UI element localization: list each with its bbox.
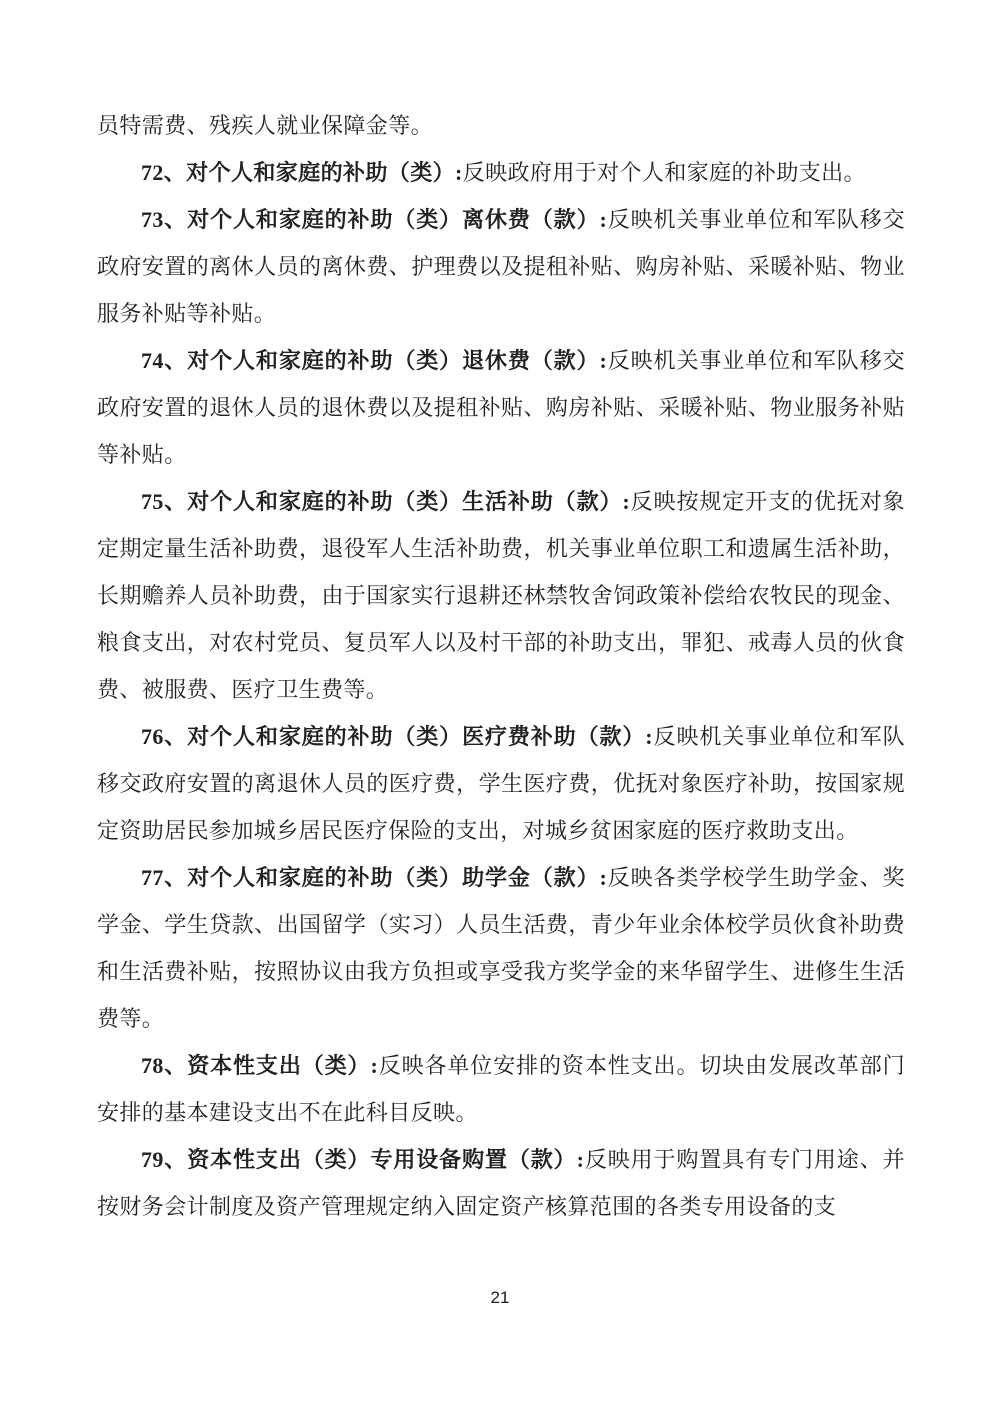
paragraph-item-79: 79、资本性支出（类）专用设备购置（款）:反映用于购置具有专门用途、并按财务会计…: [97, 1136, 905, 1230]
document-page: 员特需费、残疾人就业保障金等。 72、对个人和家庭的补助（类）:反映政府用于对个…: [0, 0, 1000, 1415]
paragraph-item-78: 78、资本性支出（类）:反映各单位安排的资本性支出。切块由发展改革部门安排的基本…: [97, 1042, 905, 1136]
paragraph-continuation: 员特需费、残疾人就业保障金等。: [97, 102, 905, 149]
term-definition: 反映按规定开支的优抚对象定期定量生活补助费，退役军人生活补助费，机关事业单位职工…: [97, 489, 905, 702]
term-label: 78、资本性支出（类）:: [141, 1053, 378, 1078]
term-label: 73、对个人和家庭的补助（类）离休费（款）:: [141, 207, 607, 232]
paragraph-item-74: 74、对个人和家庭的补助（类）退休费（款）:反映机关事业单位和军队移交政府安置的…: [97, 337, 905, 478]
term-definition: 反映政府用于对个人和家庭的补助支出。: [463, 160, 866, 185]
paragraph-item-76: 76、对个人和家庭的补助（类）医疗费补助（款）:反映机关事业单位和军队移交政府安…: [97, 713, 905, 854]
page-number: 21: [491, 1288, 510, 1307]
term-label: 76、对个人和家庭的补助（类）医疗费补助（款）:: [141, 724, 653, 749]
term-label: 74、对个人和家庭的补助（类）退休费（款）:: [141, 348, 607, 373]
page-footer: 21: [0, 1288, 1000, 1308]
paragraph-item-77: 77、对个人和家庭的补助（类）助学金（款）:反映各类学校学生助学金、奖学金、学生…: [97, 854, 905, 1042]
paragraph-item-73: 73、对个人和家庭的补助（类）离休费（款）:反映机关事业单位和军队移交政府安置的…: [97, 196, 905, 337]
term-label: 77、对个人和家庭的补助（类）助学金（款）:: [141, 865, 607, 890]
term-label: 72、对个人和家庭的补助（类）:: [141, 160, 463, 185]
document-body: 员特需费、残疾人就业保障金等。 72、对个人和家庭的补助（类）:反映政府用于对个…: [97, 102, 905, 1230]
paragraph-item-75: 75、对个人和家庭的补助（类）生活补助（款）:反映按规定开支的优抚对象定期定量生…: [97, 478, 905, 713]
term-label: 79、资本性支出（类）专用设备购置（款）:: [141, 1147, 584, 1172]
paragraph-item-72: 72、对个人和家庭的补助（类）:反映政府用于对个人和家庭的补助支出。: [97, 149, 905, 196]
paragraph-body: 员特需费、残疾人就业保障金等。: [97, 113, 433, 138]
term-label: 75、对个人和家庭的补助（类）生活补助（款）:: [141, 489, 630, 514]
